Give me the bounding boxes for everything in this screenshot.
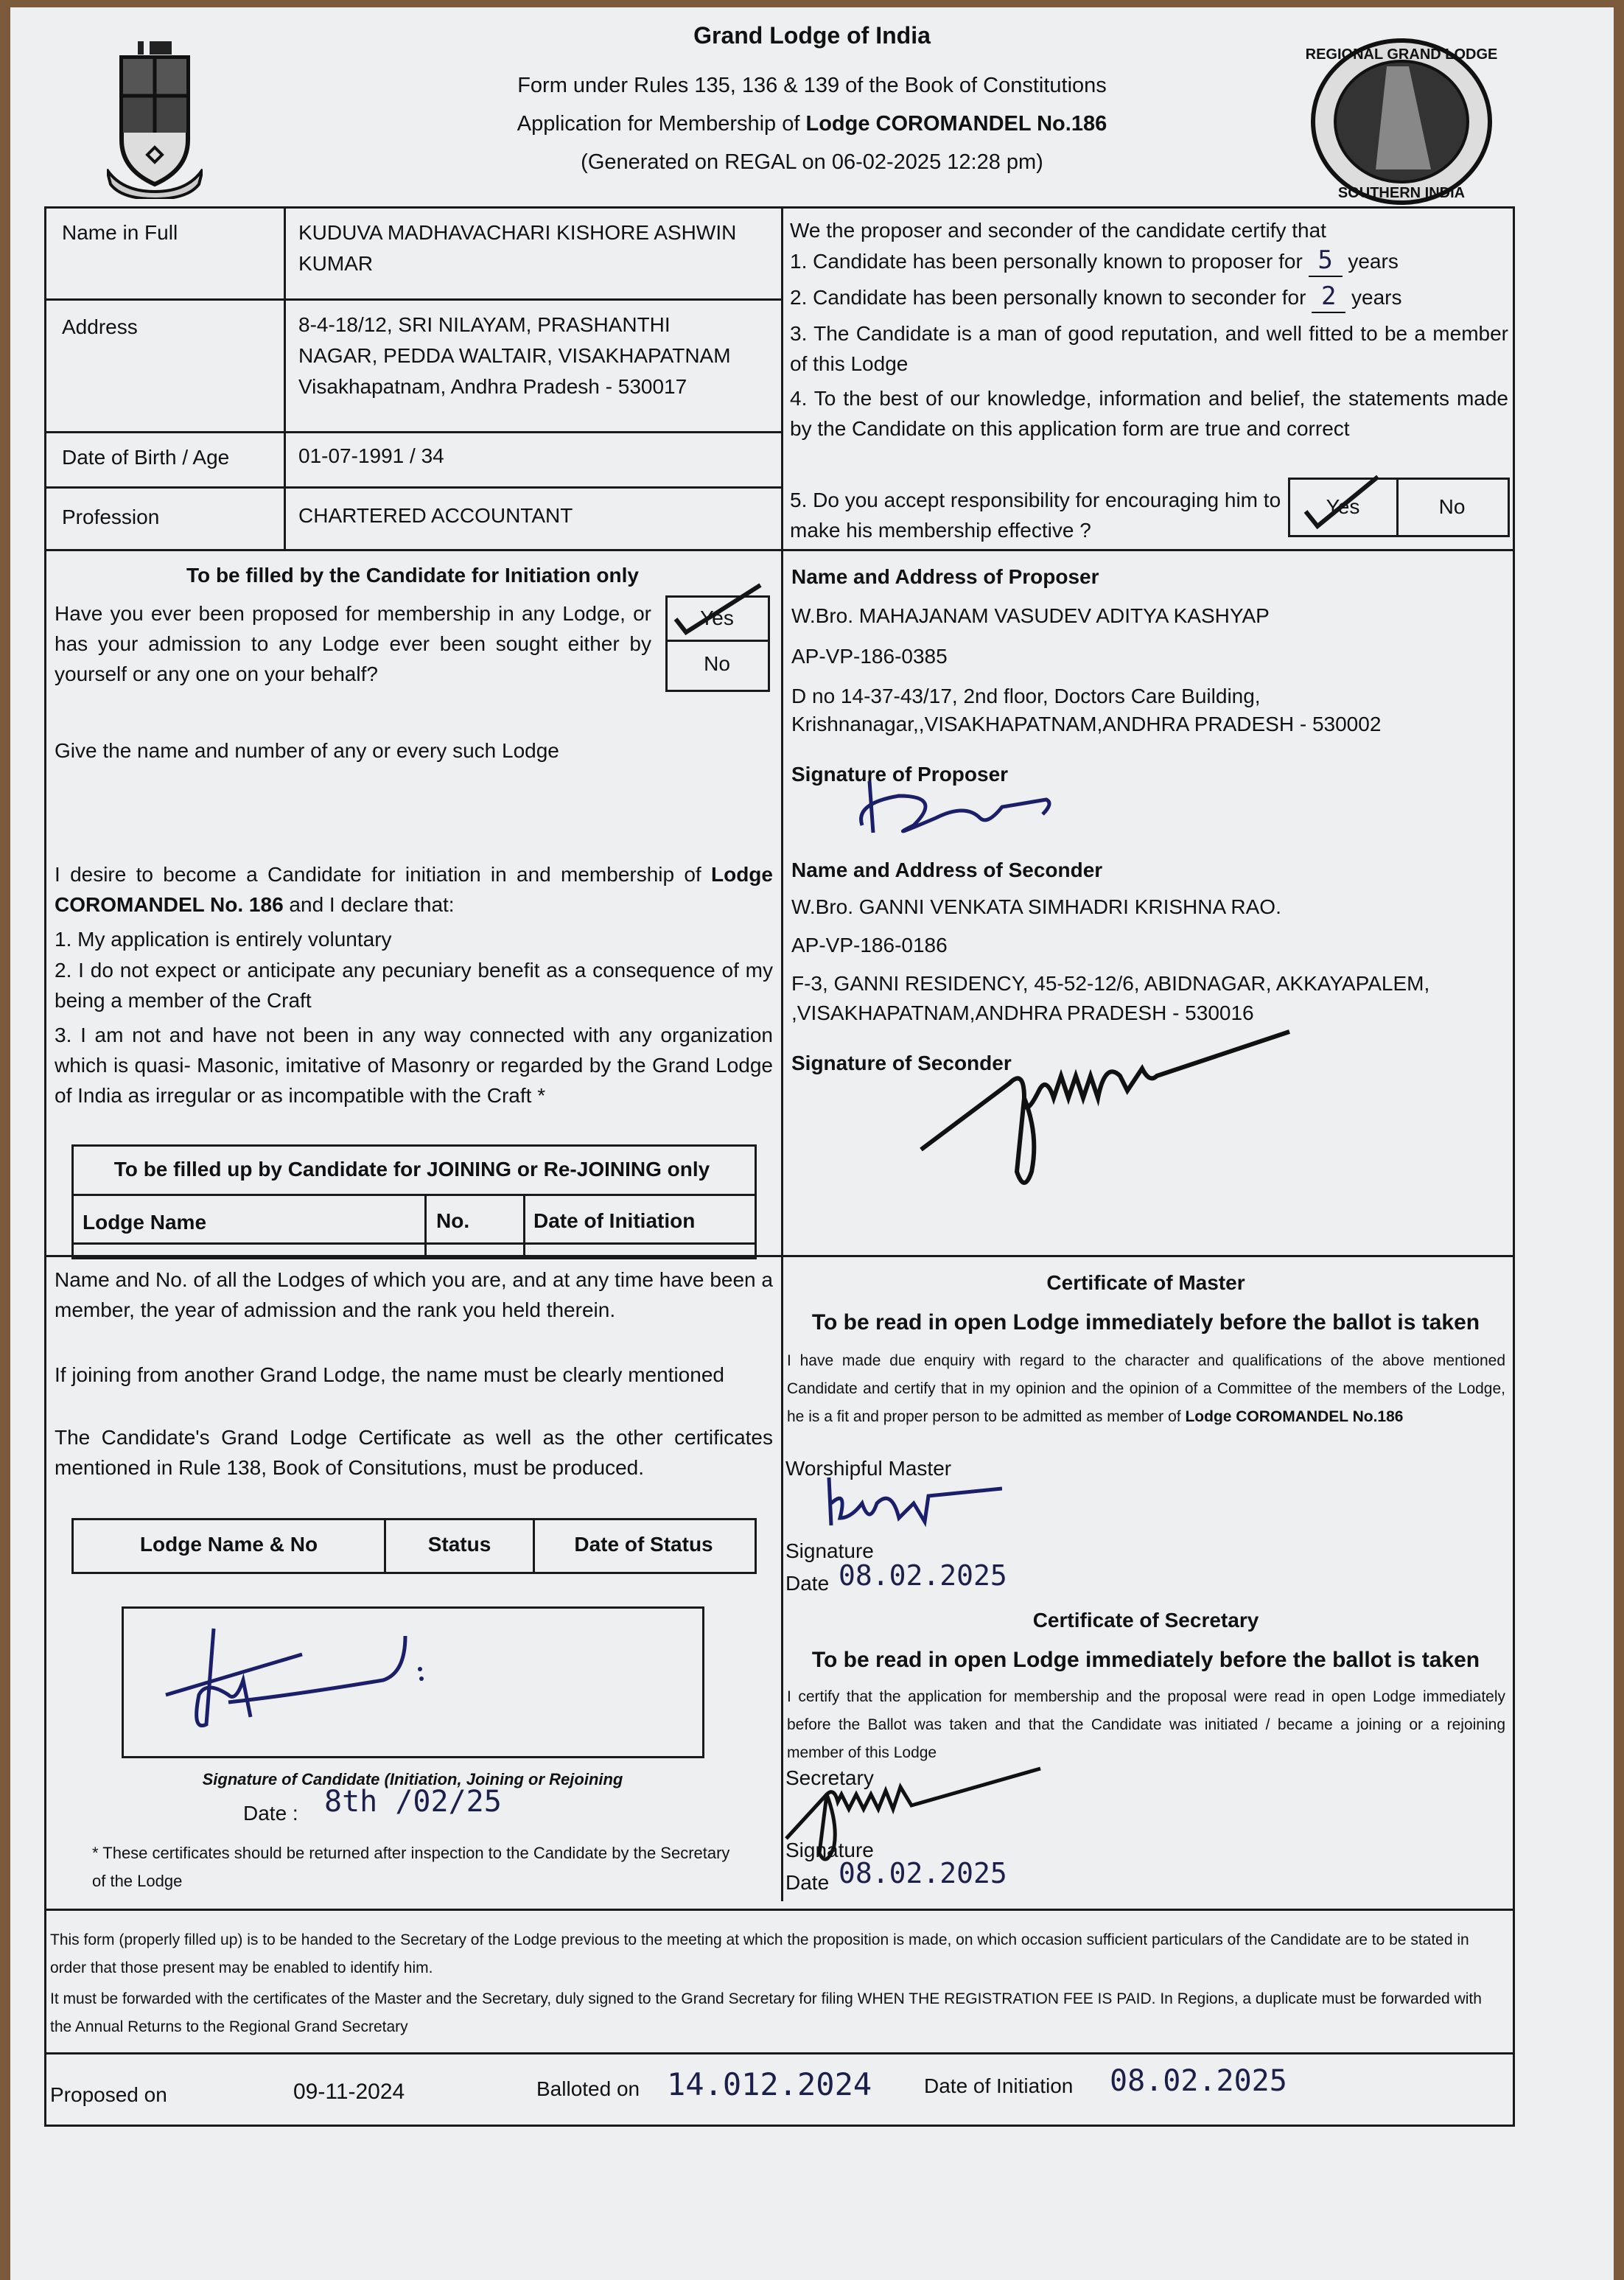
secretary-cert-body: I certify that the application for membe… <box>787 1683 1505 1767</box>
application-line: Application for Membership of Lodge CORO… <box>0 112 1624 136</box>
proposed-on-label: Proposed on <box>50 2080 167 2110</box>
item5-yes-option[interactable]: Yes <box>1289 479 1396 534</box>
secretary-cert-subtitle: To be read in open Lodge immediately bef… <box>781 1645 1511 1675</box>
initiation-yes-option[interactable]: Yes <box>667 597 767 640</box>
declaration-1: 1. My application is entirely voluntary <box>55 924 773 954</box>
secretary-date-value: 08.02.2025 <box>839 1858 1007 1889</box>
dob-value: 01-07-1991 / 34 <box>298 441 444 472</box>
certify-item-1: 1. Candidate has been personally known t… <box>790 245 1508 277</box>
certify-item-4: 4. To the best of our knowledge, informa… <box>790 383 1508 444</box>
secretary-cert-title: Certificate of Secretary <box>781 1605 1511 1635</box>
dob-label: Date of Birth / Age <box>62 446 229 469</box>
seconder-name: W.Bro. GANNI VENKATA SIMHADRI KRISHNA RA… <box>791 892 1281 922</box>
joining-col-lodge-name: Lodge Name <box>83 1207 206 1237</box>
seconder-address-1: F-3, GANNI RESIDENCY, 45-52-12/6, ABIDNA… <box>791 968 1429 999</box>
master-cert-body: I have made due enquiry with regard to t… <box>787 1347 1505 1431</box>
master-date-value: 08.02.2025 <box>839 1561 1007 1591</box>
proposer-address-1: D no 14-37-43/17, 2nd floor, Doctors Car… <box>791 681 1261 711</box>
joining-table-heading: To be filled up by Candidate for JOINING… <box>71 1154 752 1184</box>
candidate-date-value: 8th /02/25 <box>324 1787 502 1817</box>
address-line-3: Visakhapatnam, Andhra Pradesh - 530017 <box>298 371 687 402</box>
seconder-signature <box>914 1017 1297 1201</box>
membership-para-1: Name and No. of all the Lodges of which … <box>55 1265 773 1325</box>
form-title: Grand Lodge of India <box>0 22 1624 49</box>
balloted-on-value: 14.012.2024 <box>667 2069 872 2099</box>
checkmark-icon <box>668 581 764 640</box>
lodges-col-status: Status <box>386 1520 533 1570</box>
proposed-on-value: 09-11-2024 <box>293 2077 405 2107</box>
seconder-heading: Name and Address of Seconder <box>791 855 1102 885</box>
master-signature <box>818 1474 1002 1533</box>
certify-item-5: 5. Do you accept responsibility for enco… <box>790 485 1284 545</box>
secretary-date-label: Date <box>785 1867 829 1898</box>
name-label: Name in Full <box>62 221 178 245</box>
item5-no-option[interactable]: No <box>1399 479 1505 534</box>
date-of-initiation-value: 08.02.2025 <box>1110 2066 1287 2097</box>
joining-col-date-of-initiation: Date of Initiation <box>533 1206 695 1236</box>
lodges-col-name: Lodge Name & No <box>74 1520 384 1570</box>
declaration-2: 2. I do not expect or anticipate any pec… <box>55 955 773 1015</box>
membership-para-3: The Candidate's Grand Lodge Certificate … <box>55 1422 773 1483</box>
initiation-no-option[interactable]: No <box>667 642 767 686</box>
proposer-years-field[interactable]: 5 <box>1309 245 1343 277</box>
membership-para-2: If joining from another Grand Lodge, the… <box>55 1360 773 1390</box>
seconder-id: AP-VP-186-0186 <box>791 930 948 960</box>
declaration-3: 3. I am not and have not been in any way… <box>55 1020 773 1111</box>
master-cert-title: Certificate of Master <box>781 1267 1511 1298</box>
lodges-col-date-of-status: Date of Status <box>535 1520 752 1570</box>
certify-item-2: 2. Candidate has been personally known t… <box>790 281 1508 313</box>
name-value: KUDUVA MADHAVACHARI KISHORE ASHWIN KUMAR <box>298 217 770 279</box>
address-line-1: 8-4-18/12, SRI NILAYAM, PRASHANTHI <box>298 310 671 340</box>
instructions-para-2: It must be forwarded with the certificat… <box>50 1985 1505 2041</box>
joining-col-number: No. <box>436 1206 469 1236</box>
address-label: Address <box>62 315 138 339</box>
proposer-signature <box>855 774 1054 840</box>
proposer-heading: Name and Address of Proposer <box>791 562 1099 592</box>
initiation-question: Have you ever been proposed for membersh… <box>55 598 651 689</box>
checkmark-icon <box>1297 473 1385 532</box>
candidate-signature <box>162 1621 442 1739</box>
proposer-name: W.Bro. MAHAJANAM VASUDEV ADITYA KASHYAP <box>791 601 1270 631</box>
rules-line: Form under Rules 135, 136 & 139 of the B… <box>0 74 1624 98</box>
instructions-para-1: This form (properly filled up) is to be … <box>50 1926 1505 1982</box>
master-date-label: Date <box>785 1568 829 1598</box>
certify-item-3: 3. The Candidate is a man of good reputa… <box>790 318 1508 379</box>
address-line-2: NAGAR, PEDDA WALTAIR, VISAKHAPATNAM <box>298 340 731 371</box>
date-of-initiation-label: Date of Initiation <box>924 2071 1073 2101</box>
declaration-intro: I desire to become a Candidate for initi… <box>55 859 773 920</box>
generated-line: (Generated on REGAL on 06-02-2025 12:28 … <box>0 150 1624 175</box>
proposer-address-2: Krishnanagar,,VISAKHAPATNAM,ANDHRA PRADE… <box>791 709 1381 739</box>
profession-label: Profession <box>62 506 159 529</box>
svg-text:SOUTHERN INDIA: SOUTHERN INDIA <box>1338 185 1465 201</box>
proposer-id: AP-VP-186-0385 <box>791 641 948 671</box>
certify-intro: We the proposer and seconder of the cand… <box>790 215 1508 245</box>
master-cert-subtitle: To be read in open Lodge immediately bef… <box>781 1307 1511 1337</box>
seconder-years-field[interactable]: 2 <box>1312 281 1345 313</box>
candidate-date-label: Date : <box>243 1798 298 1828</box>
give-lodge-name-instruction: Give the name and number of any or every… <box>55 735 755 766</box>
balloted-on-label: Balloted on <box>536 2074 640 2104</box>
certificates-footnote: * These certificates should be returned … <box>92 1839 741 1895</box>
profession-value: CHARTERED ACCOUNTANT <box>298 500 573 531</box>
